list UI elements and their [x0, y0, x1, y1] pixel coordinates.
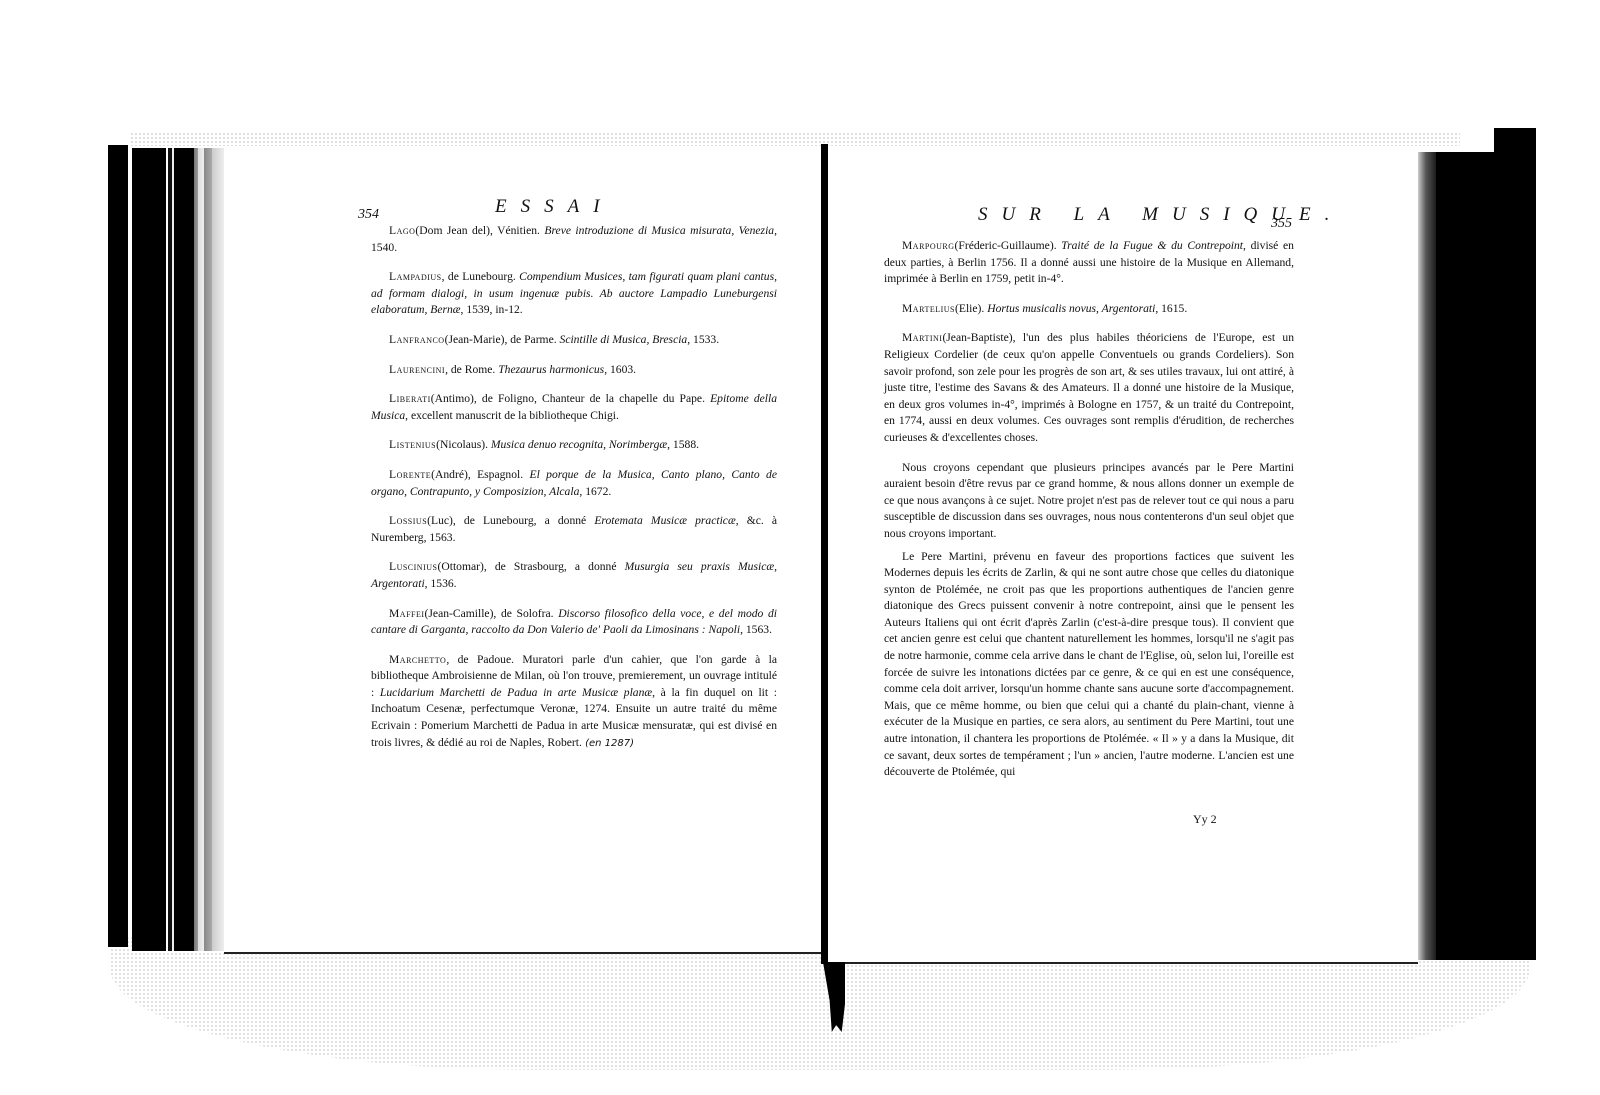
- entry-tail: , 1563.: [740, 623, 772, 636]
- entry-description: (Elie).: [955, 302, 987, 315]
- entry-author: Liberati: [389, 392, 431, 405]
- bibliography-entry: Lampadius, de Lunebourg. Compendium Musi…: [371, 269, 777, 319]
- bibliography-entry: Lanfranco(Jean-Marie), de Parme. Scintil…: [371, 332, 777, 349]
- entry-author: Lago: [389, 224, 415, 237]
- entry-author: Marpourg: [902, 239, 955, 252]
- page-number-right: 355: [1271, 216, 1292, 232]
- entry-description: (Jean-Marie), de Parme.: [445, 333, 560, 346]
- left-page-text: Lago(Dom Jean del), Vénitien. Breve intr…: [371, 223, 777, 765]
- entry-description: (Luc), de Lunebourg, a donné: [427, 514, 594, 527]
- entry-tail: , 1536.: [425, 577, 457, 590]
- bibliography-entry: Listenius(Nicolaus). Musica denuo recogn…: [371, 437, 777, 454]
- right-page-edges: [1418, 152, 1438, 960]
- entry-description: (Jean-Camille), de Solofra.: [425, 607, 559, 620]
- entry-tail: , excellent manuscrit de la bibliotheque…: [405, 409, 619, 422]
- entry-description: (Fréderic-Guillaume).: [955, 239, 1062, 252]
- handwritten-annotation: (en 1287): [582, 738, 634, 749]
- bibliography-entry: Lorente(André), Espagnol. El porque de l…: [371, 467, 777, 500]
- entry-author: Martelius: [902, 302, 955, 315]
- bibliography-entry: Luscinius(Ottomar), de Strasbourg, a don…: [371, 559, 777, 592]
- entry-description: , de Rome.: [445, 363, 498, 376]
- entry-author: Listenius: [389, 438, 436, 451]
- entry-author: Lampadius: [389, 270, 442, 283]
- left-cover: [108, 145, 128, 947]
- bibliography-entry: Liberati(Antimo), de Foligno, Chanteur d…: [371, 391, 777, 424]
- entry-author: Lanfranco: [389, 333, 445, 346]
- page-number-left: 354: [358, 207, 379, 223]
- entry-tail: , 1539, in-12.: [461, 303, 523, 316]
- entry-description: (Antimo), de Foligno, Chanteur de la cha…: [431, 392, 710, 405]
- entry-description: (Ottomar), de Strasbourg, a donné: [437, 560, 624, 573]
- left-page-edges: [132, 148, 224, 951]
- bibliography-entry: Marchetto, de Padoue. Muratori parle d'u…: [371, 652, 777, 753]
- entry-author: Lorente: [389, 468, 431, 481]
- entry-description: (Dom Jean del), Vénitien.: [415, 224, 544, 237]
- entry-tail: , 1588.: [667, 438, 699, 451]
- running-head-left: ESSAI: [495, 196, 614, 218]
- entry-description: (Nicolaus).: [436, 438, 491, 451]
- entry-description: (André), Espagnol.: [431, 468, 529, 481]
- entry-tail: , 1533.: [687, 333, 719, 346]
- entry-author: Laurencini: [389, 363, 445, 376]
- entry-title: Thezaurus harmonicus: [498, 363, 604, 376]
- entry-author: Marchetto: [389, 653, 446, 666]
- entry-author: Luscinius: [389, 560, 437, 573]
- bibliography-entry: Maffei(Jean-Camille), de Solofra. Discor…: [371, 606, 777, 639]
- right-page-text: Marpourg(Fréderic-Guillaume). Traité de …: [884, 238, 1294, 787]
- bibliography-entry: Marpourg(Fréderic-Guillaume). Traité de …: [884, 238, 1294, 288]
- bibliography-entry: Martelius(Elie). Hortus musicalis novus,…: [884, 301, 1294, 318]
- bibliography-entry: Martini(Jean-Baptiste), l'un des plus ha…: [884, 330, 1294, 446]
- bibliography-entry: Laurencini, de Rome. Thezaurus harmonicu…: [371, 362, 777, 379]
- bibliography-entry: Lago(Dom Jean del), Vénitien. Breve intr…: [371, 223, 777, 256]
- entry-title: Traité de la Fugue & du Contrepoint: [1061, 239, 1243, 252]
- signature-mark: Yy 2: [1193, 812, 1217, 827]
- entry-tail: , 1603.: [604, 363, 636, 376]
- bibliography-entry: Lossius(Luc), de Lunebourg, a donné Erot…: [371, 513, 777, 546]
- entry-author: Maffei: [389, 607, 425, 620]
- entry-tail: , 1615.: [1155, 302, 1187, 315]
- entry-tail: , 1672.: [579, 485, 611, 498]
- book-gutter: [821, 144, 828, 964]
- book-top-edge: [130, 132, 1460, 146]
- entry-title: Breve introduzione di Musica misurata, V…: [544, 224, 774, 237]
- right-cover: [1436, 152, 1536, 960]
- entry-title: Hortus musicalis novus, Argentorati: [987, 302, 1155, 315]
- entry-title: Erotemata Musicæ practicæ: [594, 514, 735, 527]
- entry-title: Musica denuo recognita, Norimbergæ: [491, 438, 667, 451]
- entry-author: Martini: [902, 331, 942, 344]
- entry-title: Lucidarium Marchetti de Padua in arte Mu…: [380, 686, 652, 699]
- entry-title: Scintille di Musica, Brescia: [560, 333, 688, 346]
- entry-author: Lossius: [389, 514, 427, 527]
- body-paragraph: Nous croyons cependant que plusieurs pri…: [884, 460, 1294, 543]
- body-paragraph: Le Pere Martini, prévenu en faveur des p…: [884, 549, 1294, 781]
- entry-description: , de Lunebourg.: [442, 270, 520, 283]
- entry-description: (Jean-Baptiste), l'un des plus habiles t…: [884, 331, 1294, 444]
